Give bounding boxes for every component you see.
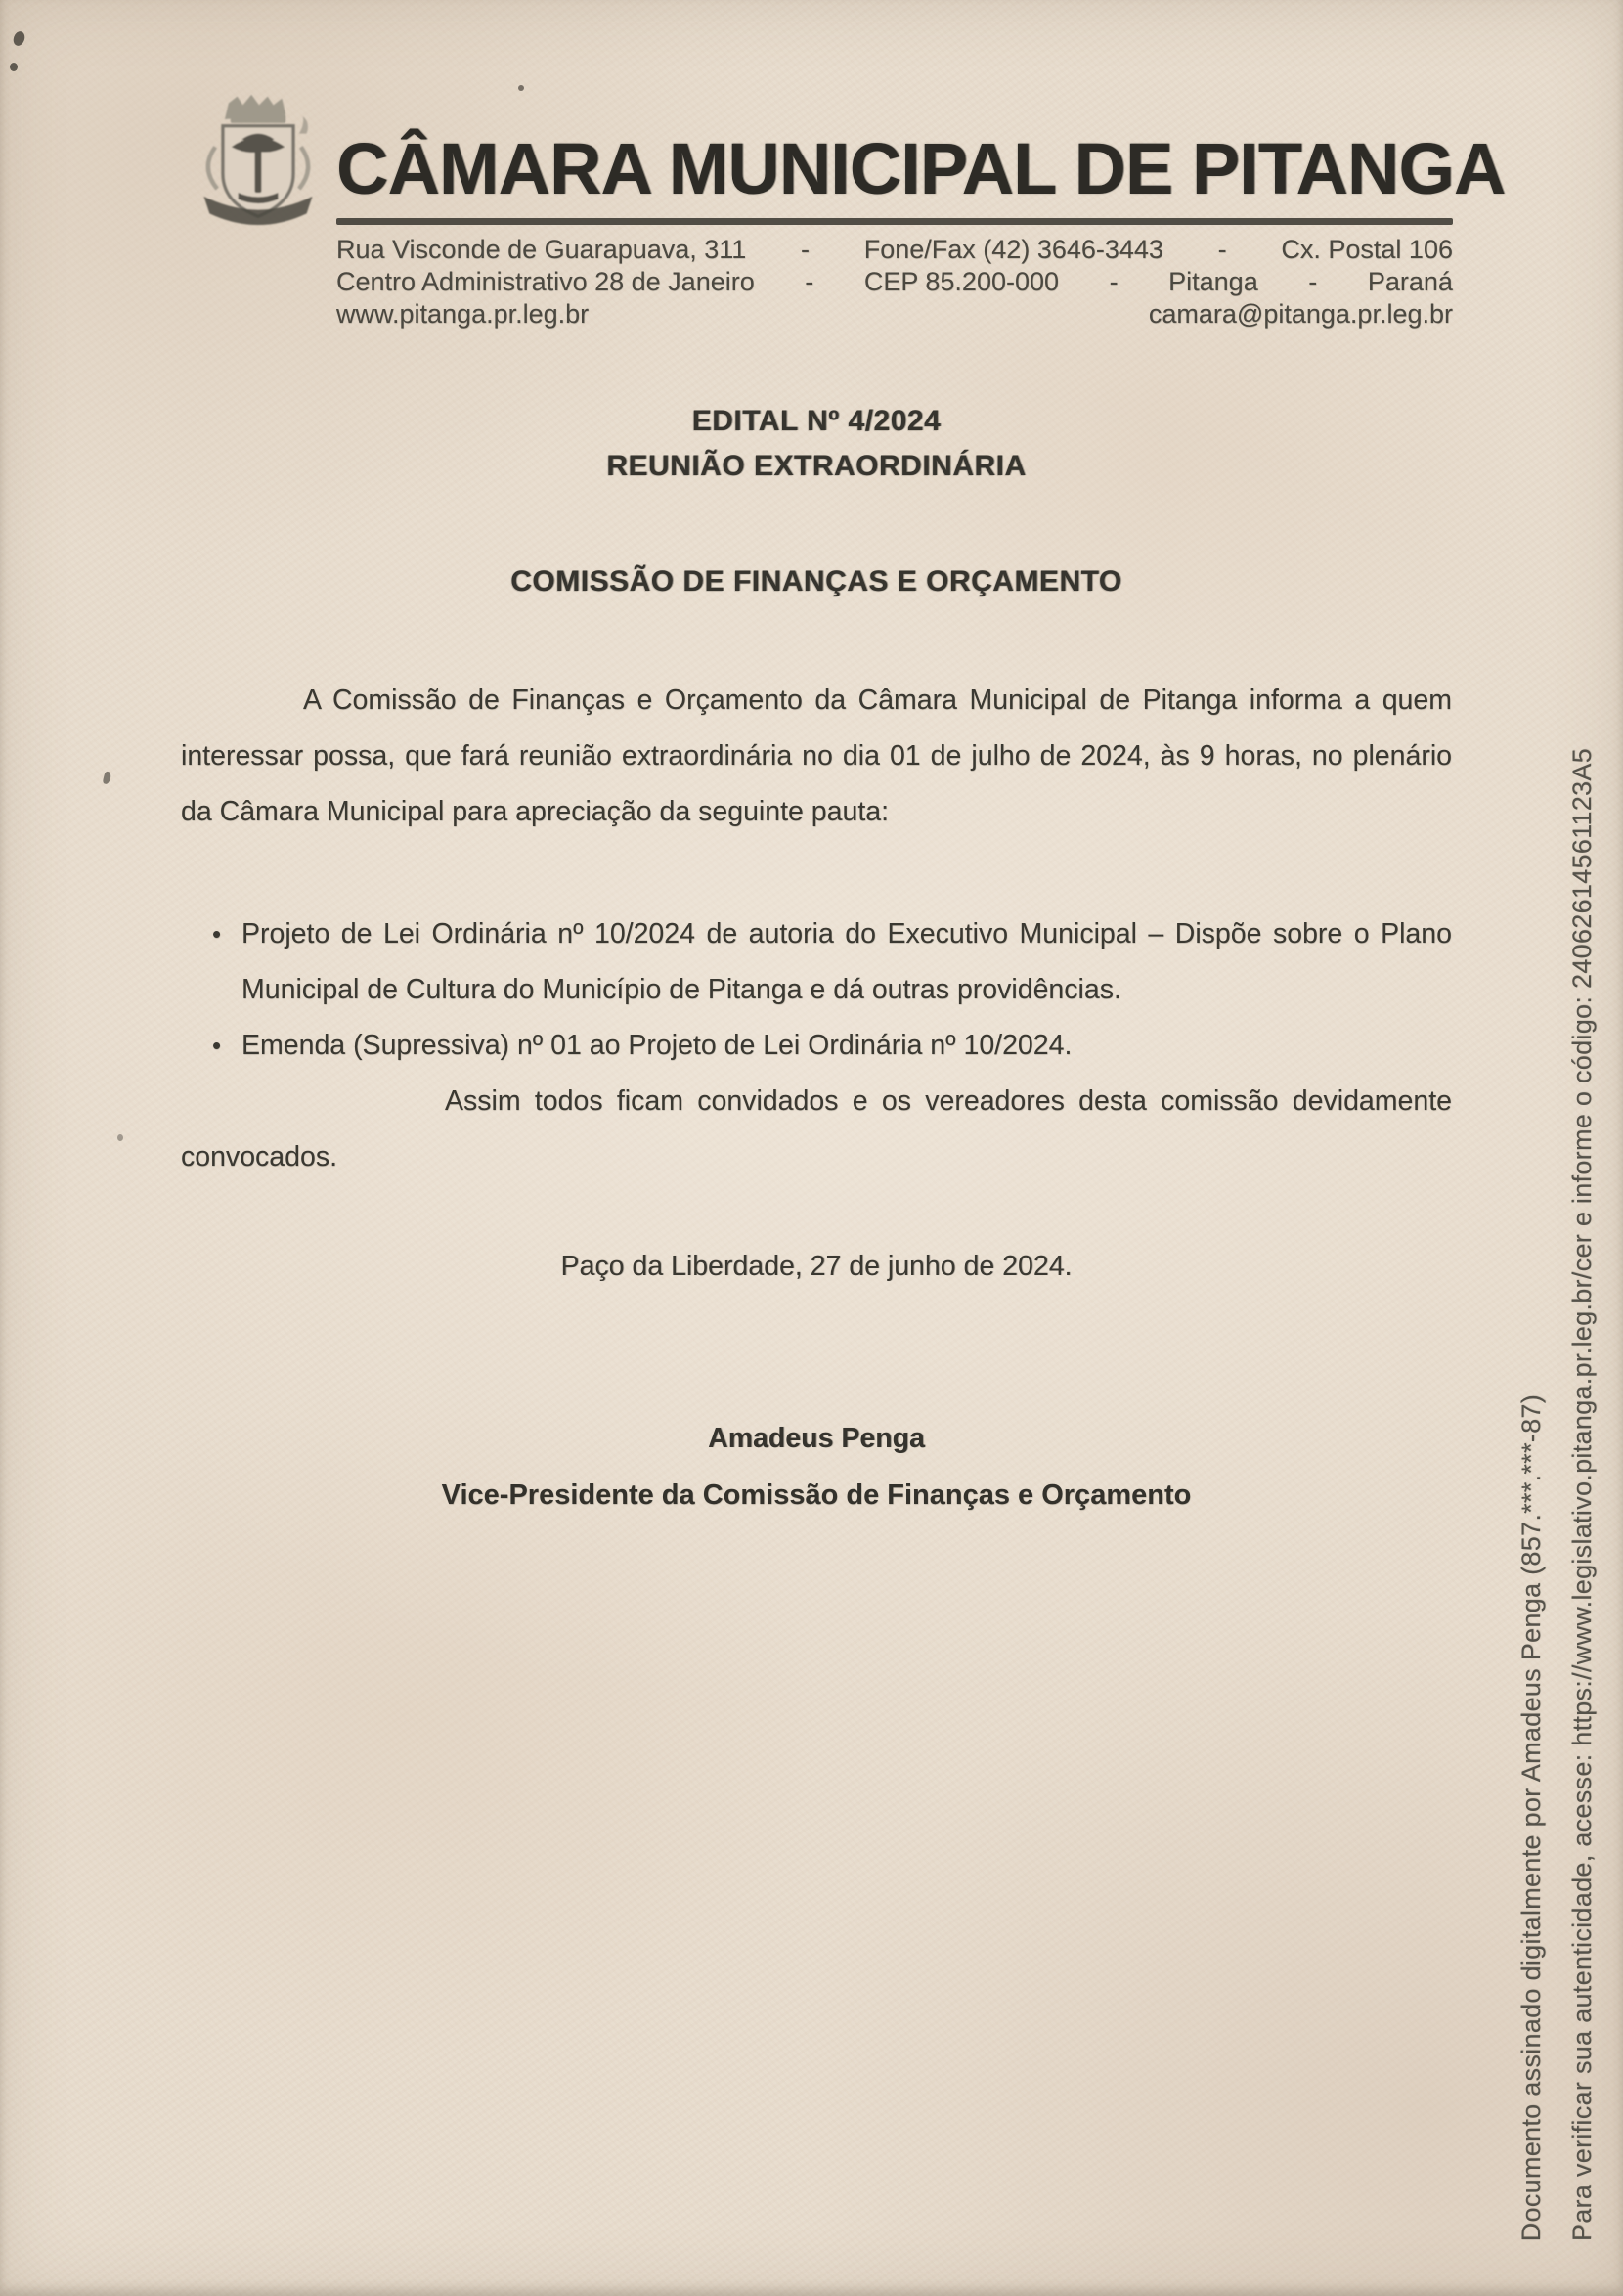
address-line-1: Rua Visconde de Guarapuava, 311 - Fone/F…: [336, 234, 1453, 266]
separator-dash: -: [1110, 266, 1119, 298]
signed-digitally-text: Documento assinado digitalmente por Amad…: [1516, 1394, 1547, 2241]
separator-dash: -: [1308, 266, 1317, 298]
dateline: Paço da Liberdade, 27 de junho de 2024.: [181, 1239, 1452, 1295]
verify-authenticity-text: Para verificar sua autenticidade, acesse…: [1567, 748, 1598, 2241]
scan-speck: [10, 63, 18, 71]
website-text: www.pitanga.pr.leg.br: [336, 298, 589, 331]
separator-dash: -: [801, 234, 810, 266]
municipal-crest-icon: [186, 84, 330, 227]
closing-paragraph: Assim todos ficam convidados e os veread…: [181, 1074, 1452, 1185]
scan-speck: [103, 771, 112, 784]
separator-dash: -: [1218, 234, 1227, 266]
meeting-type-title: REUNIÃO EXTRAORDINÁRIA: [181, 444, 1452, 489]
city: Pitanga: [1168, 266, 1258, 298]
letterhead: CÂMARA MUNICIPAL DE PITANGA Rua Visconde…: [186, 84, 1453, 331]
separator-dash: -: [805, 266, 813, 298]
commission-title: COMISSÃO DE FINANÇAS E ORÇAMENTO: [181, 559, 1452, 604]
address-line-3: www.pitanga.pr.leg.br camara@pitanga.pr.…: [336, 298, 1453, 331]
scan-speck: [12, 30, 26, 48]
signer-name: Amadeus Penga: [181, 1410, 1452, 1467]
po-box: Cx. Postal 106: [1281, 234, 1453, 266]
email-text: camara@pitanga.pr.leg.br: [1149, 298, 1453, 331]
letterhead-text: CÂMARA MUNICIPAL DE PITANGA Rua Visconde…: [336, 84, 1453, 331]
signature-block: Amadeus Penga Vice-Presidente da Comissã…: [181, 1410, 1452, 1523]
edital-title: EDITAL Nº 4/2024: [181, 399, 1452, 444]
signer-role: Vice-Presidente da Comissão de Finanças …: [181, 1467, 1452, 1523]
agenda-item: Emenda (Supressiva) nº 01 ao Projeto de …: [241, 1018, 1452, 1074]
phone-fax: Fone/Fax (42) 3646-3443: [864, 234, 1163, 266]
org-name: CÂMARA MUNICIPAL DE PITANGA: [336, 133, 1453, 205]
street-address: Rua Visconde de Guarapuava, 311: [336, 234, 746, 266]
address-line-2: Centro Administrativo 28 de Janeiro - CE…: [336, 266, 1453, 298]
intro-paragraph: A Comissão de Finanças e Orçamento da Câ…: [181, 673, 1452, 840]
admin-center: Centro Administrativo 28 de Janeiro: [336, 266, 755, 298]
scan-speck: [117, 1134, 123, 1141]
document-body: EDITAL Nº 4/2024 REUNIÃO EXTRAORDINÁRIA …: [181, 399, 1452, 1523]
cep: CEP 85.200-000: [864, 266, 1059, 298]
state: Paraná: [1368, 266, 1453, 298]
scanned-document-page: CÂMARA MUNICIPAL DE PITANGA Rua Visconde…: [0, 0, 1623, 2296]
agenda-list: Projeto de Lei Ordinária nº 10/2024 de a…: [241, 906, 1452, 1074]
header-divider: [336, 218, 1453, 225]
agenda-item: Projeto de Lei Ordinária nº 10/2024 de a…: [241, 906, 1452, 1018]
